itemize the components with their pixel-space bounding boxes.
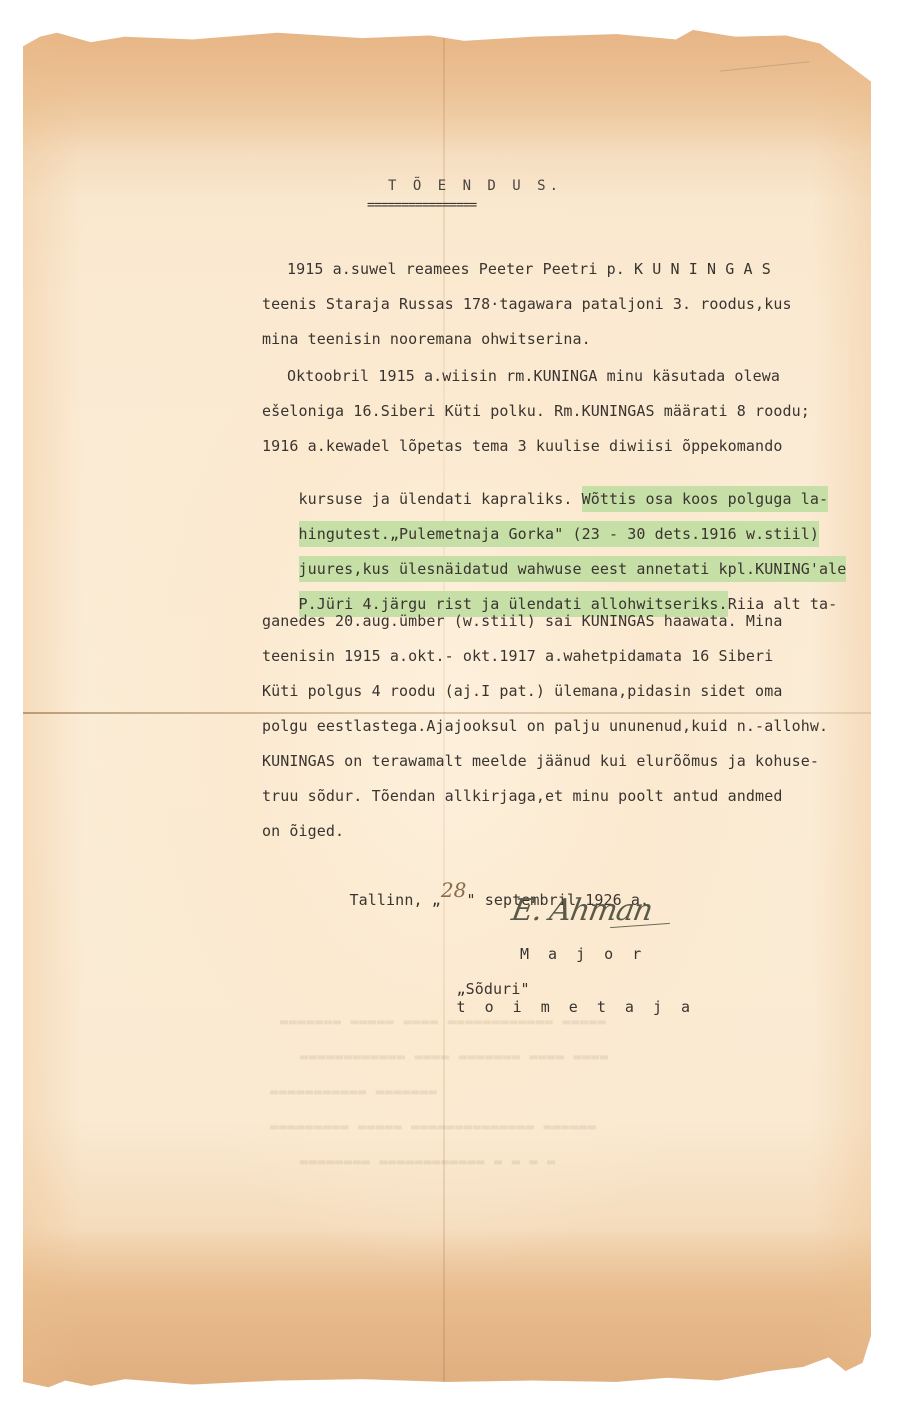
date-prefix: Tallinn, „ bbox=[350, 891, 441, 909]
reverse-side-show-through: ▂▂▂▂▂▂▂▂ ▂▂▂▂▂▂▂▂▂▂▂▂ ▂ ▂ ▂ ▂ bbox=[300, 1150, 556, 1165]
text-segment: Riia alt ta- bbox=[728, 595, 838, 613]
signatory-rank: M a j o r bbox=[520, 945, 646, 963]
text-line: mina teenisin nooremana ohwitserina. bbox=[262, 330, 591, 348]
text-line: teenis Staraja Russas 178·tagawara patal… bbox=[262, 295, 792, 313]
text-line: Oktoobril 1915 a.wiisin rm.KUNINGA minu … bbox=[287, 367, 780, 385]
text-line: ganedes 20.aug.ümber (w.stiil) sai KUNIN… bbox=[262, 612, 782, 630]
reverse-side-show-through: ▂▂▂▂▂▂▂▂▂ ▂▂▂▂▂ ▂▂▂▂▂▂▂▂▂▂▂▂▂▂ ▂▂▂▂▂▂ bbox=[270, 1115, 597, 1130]
text-line: 1915 a.suwel reamees Peeter Peetri p. K … bbox=[287, 260, 771, 278]
text-segment: kursuse ja ülendati kapraliks. bbox=[299, 490, 582, 508]
text-line: on õiged. bbox=[262, 822, 344, 840]
reverse-side-show-through: ▂▂▂▂▂▂▂▂▂▂▂▂ ▂▂▂▂ ▂▂▂▂▂▂▂ ▂▂▂▂ ▂▂▂▂ bbox=[300, 1045, 609, 1060]
text-line: truu sõdur. Tõendan allkirjaga,et minu p… bbox=[262, 787, 782, 805]
position-prefix: „Sõduri" bbox=[457, 980, 530, 998]
text-line: ešeloniga 16.Siberi Küti polku. Rm.KUNIN… bbox=[262, 402, 810, 420]
document-title: T Õ E N D U S. bbox=[388, 178, 562, 194]
text-line: 1916 a.kewadel lõpetas tema 3 kuulise di… bbox=[262, 437, 782, 455]
text-line: polgu eestlastega.Ajajooksul on palju un… bbox=[262, 717, 828, 735]
reverse-side-show-through: ▂▂▂▂▂▂▂▂▂▂▂ ▂▂▂▂▂▂▂ bbox=[270, 1080, 438, 1095]
title-underline: ================ bbox=[367, 198, 476, 213]
text-line: KUNINGAS on terawamalt meelde jäänud kui… bbox=[262, 752, 819, 770]
text-line: Küti polgus 4 roodu (aj.I pat.) ülemana,… bbox=[262, 682, 782, 700]
handwritten-day: 28 bbox=[441, 878, 467, 902]
document-text: T Õ E N D U S. ================ 1915 a.s… bbox=[0, 0, 900, 1413]
handwritten-signature: E. Ahman bbox=[509, 893, 655, 928]
reverse-side-show-through: ▂▂▂▂▂▂▂ ▂▂▂▂▂ ▂▂▂▂ ▂▂▂▂▂▂▂▂▂▂▂▂ ▂▂▂▂▂ bbox=[280, 1010, 607, 1025]
text-line: teenisin 1915 a.okt.- okt.1917 a.wahetpi… bbox=[262, 647, 773, 665]
